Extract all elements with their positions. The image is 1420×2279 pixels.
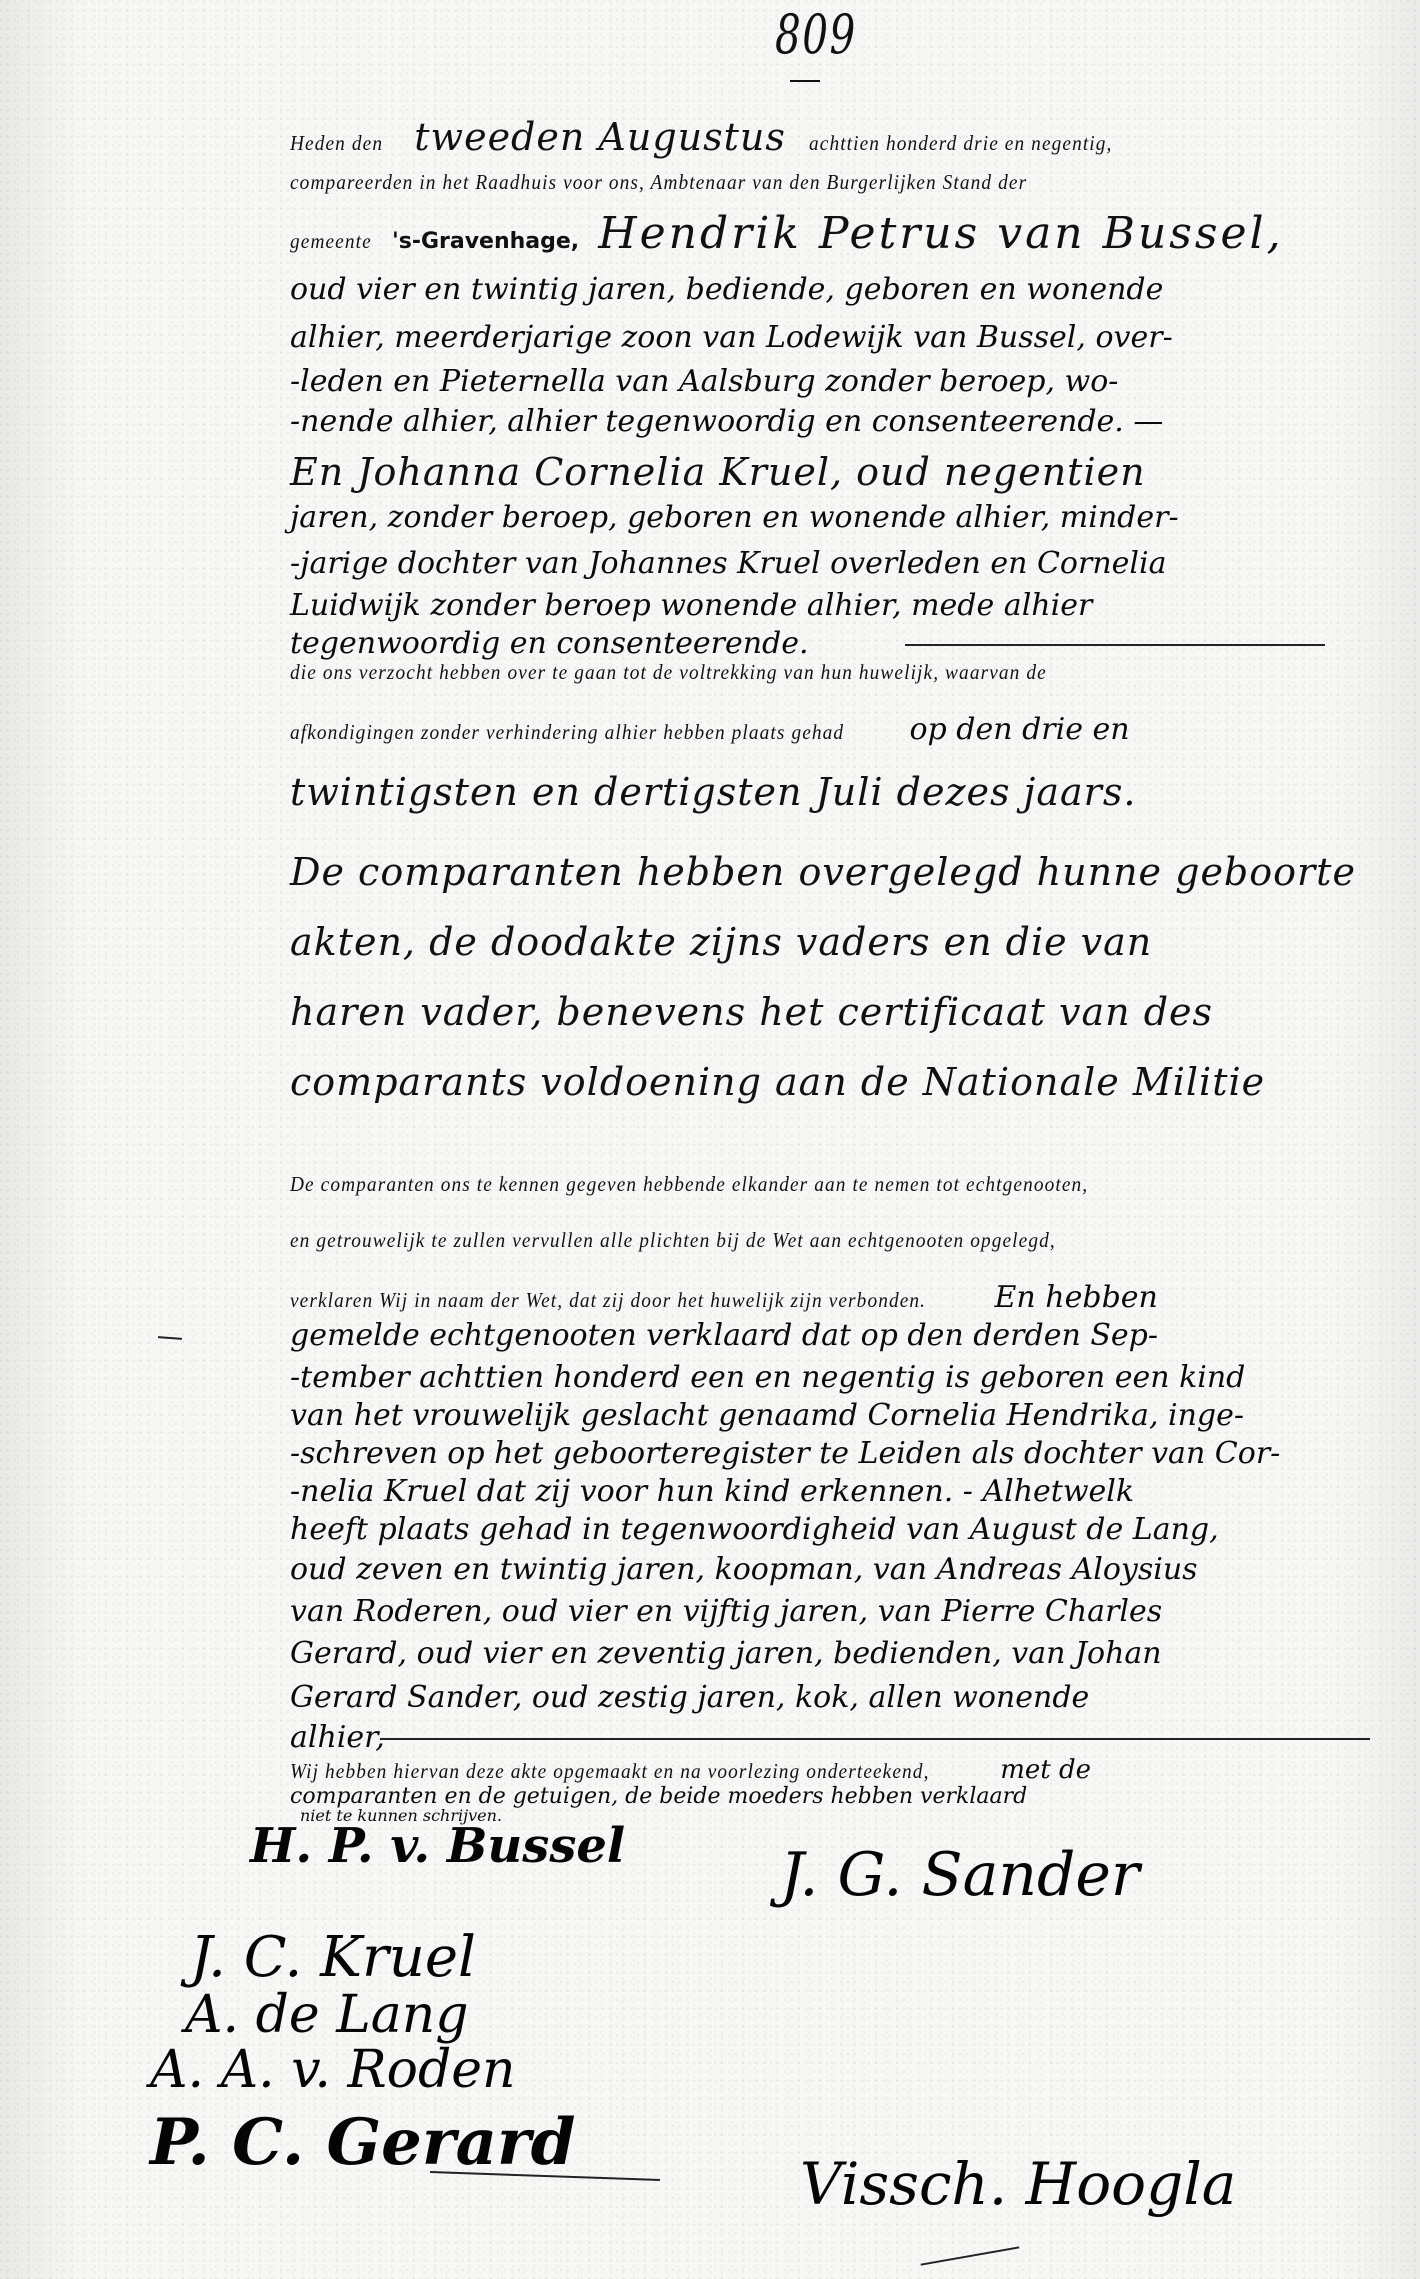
text-line: oud vier en twintig jaren, bediende, geb… <box>290 272 1410 307</box>
signature-registrar: Vissch. Hoogla <box>800 2150 1236 2218</box>
printed-text: die ons verzocht hebben over te gaan tot… <box>290 660 1047 685</box>
signature-flourish <box>921 2246 1020 2265</box>
text-line: -nende alhier, alhier tegenwoordig en co… <box>290 404 1410 439</box>
folio-number: 809 <box>775 5 857 65</box>
text-line: jaren, zonder beroep, geboren en wonende… <box>290 500 1410 535</box>
document-page: 809 Heden den tweeden Augustus achttien … <box>0 0 1420 2279</box>
signature-witness-sander: J. G. Sander <box>780 1840 1140 1910</box>
printed-text: Heden den <box>290 131 383 156</box>
handwritten-text: met de <box>1000 1755 1091 1785</box>
text-line: -schreven op het geboorteregister te Lei… <box>290 1436 1410 1471</box>
text-line: heeft plaats gehad in tegenwoordigheid v… <box>290 1512 1410 1547</box>
text-line: -leden en Pieternella van Aalsburg zonde… <box>290 364 1410 399</box>
printed-text: compareerden in het Raadhuis voor ons, A… <box>290 170 1027 195</box>
text-line: en getrouwelijk te zullen vervullen alle… <box>290 1228 1410 1253</box>
printed-text: achttien honderd drie en negentig, <box>809 131 1112 156</box>
printed-text: afkondigingen zonder verhindering alhier… <box>290 720 844 745</box>
handwritten-text: En hebben <box>995 1280 1158 1315</box>
folio-underline <box>790 80 820 82</box>
text-line: Gerard Sander, oud zestig jaren, kok, al… <box>290 1680 1410 1715</box>
filler-rule <box>905 644 1325 646</box>
text-line: De comparanten ons te kennen gegeven heb… <box>290 1172 1410 1197</box>
text-line: De comparanten hebben overgelegd hunne g… <box>290 850 1410 894</box>
text-line: compareerden in het Raadhuis voor ons, A… <box>290 170 1410 195</box>
text-line: akten, de doodakte zijns vaders en die v… <box>290 920 1410 964</box>
text-line: Heden den tweeden Augustus achttien hond… <box>290 115 1410 159</box>
text-line: verklaren Wij in naam der Wet, dat zij d… <box>290 1280 1410 1315</box>
text-line: van het vrouwelijk geslacht genaamd Corn… <box>290 1398 1410 1433</box>
closing-line: Wij hebben hiervan deze akte opgemaakt e… <box>290 1755 1410 1785</box>
signature-witness-gerard: P. C. Gerard <box>150 2105 576 2180</box>
text-line: -tember achttien honderd een en negentig… <box>290 1360 1410 1395</box>
text-line: gemelde echtgenooten verklaard dat op de… <box>290 1318 1410 1353</box>
bride-line: En Johanna Cornelia Kruel, oud negentien <box>290 450 1410 494</box>
text-line: -nelia Kruel dat zij voor hun kind erken… <box>290 1474 1410 1509</box>
signature-bride: J. C. Kruel <box>190 1925 476 1990</box>
text-line: oud zeven en twintig jaren, koopman, van… <box>290 1552 1410 1587</box>
signature-groom: H. P. v. Bussel <box>250 1818 625 1874</box>
printed-text: Wij hebben hiervan deze akte opgemaakt e… <box>290 1759 930 1784</box>
handwritten-date: tweeden Augustus <box>414 115 786 159</box>
text-line: Luidwijk zonder beroep wonende alhier, m… <box>290 588 1410 623</box>
signature-witness-van-roden: A. A. v. Roden <box>150 2040 516 2100</box>
printed-text: De comparanten ons te kennen gegeven heb… <box>290 1172 1088 1197</box>
text-line: comparants voldoening aan de Nationale M… <box>290 1060 1410 1104</box>
municipality-name: 's-Gravenhage, <box>392 229 579 254</box>
groom-name: Hendrik Petrus van Bussel, <box>598 208 1283 259</box>
printed-text: gemeente <box>290 229 372 254</box>
filler-rule <box>380 1738 1370 1740</box>
text-line: -jarige dochter van Johannes Kruel overl… <box>290 546 1410 581</box>
text-line: van Roderen, oud vier en vijftig jaren, … <box>290 1594 1410 1629</box>
text-line: afkondigingen zonder verhindering alhier… <box>290 712 1410 747</box>
printed-text: verklaren Wij in naam der Wet, dat zij d… <box>290 1288 926 1313</box>
margin-mark <box>158 1336 182 1340</box>
text-line: twintigsten en dertigsten Juli dezes jaa… <box>290 770 1410 814</box>
text-line: die ons verzocht hebben over te gaan tot… <box>290 660 1410 685</box>
printed-text: en getrouwelijk te zullen vervullen alle… <box>290 1228 1056 1253</box>
text-line: alhier, meerderjarige zoon van Lodewijk … <box>290 320 1410 355</box>
text-line: gemeente 's-Gravenhage, Hendrik Petrus v… <box>290 208 1410 259</box>
signature-witness-de-lang: A. de Lang <box>185 1985 469 2045</box>
text-line: haren vader, benevens het certificaat va… <box>290 990 1410 1034</box>
handwritten-text: op den drie en <box>909 712 1129 747</box>
text-line: Gerard, oud vier en zeventig jaren, bedi… <box>290 1636 1410 1671</box>
